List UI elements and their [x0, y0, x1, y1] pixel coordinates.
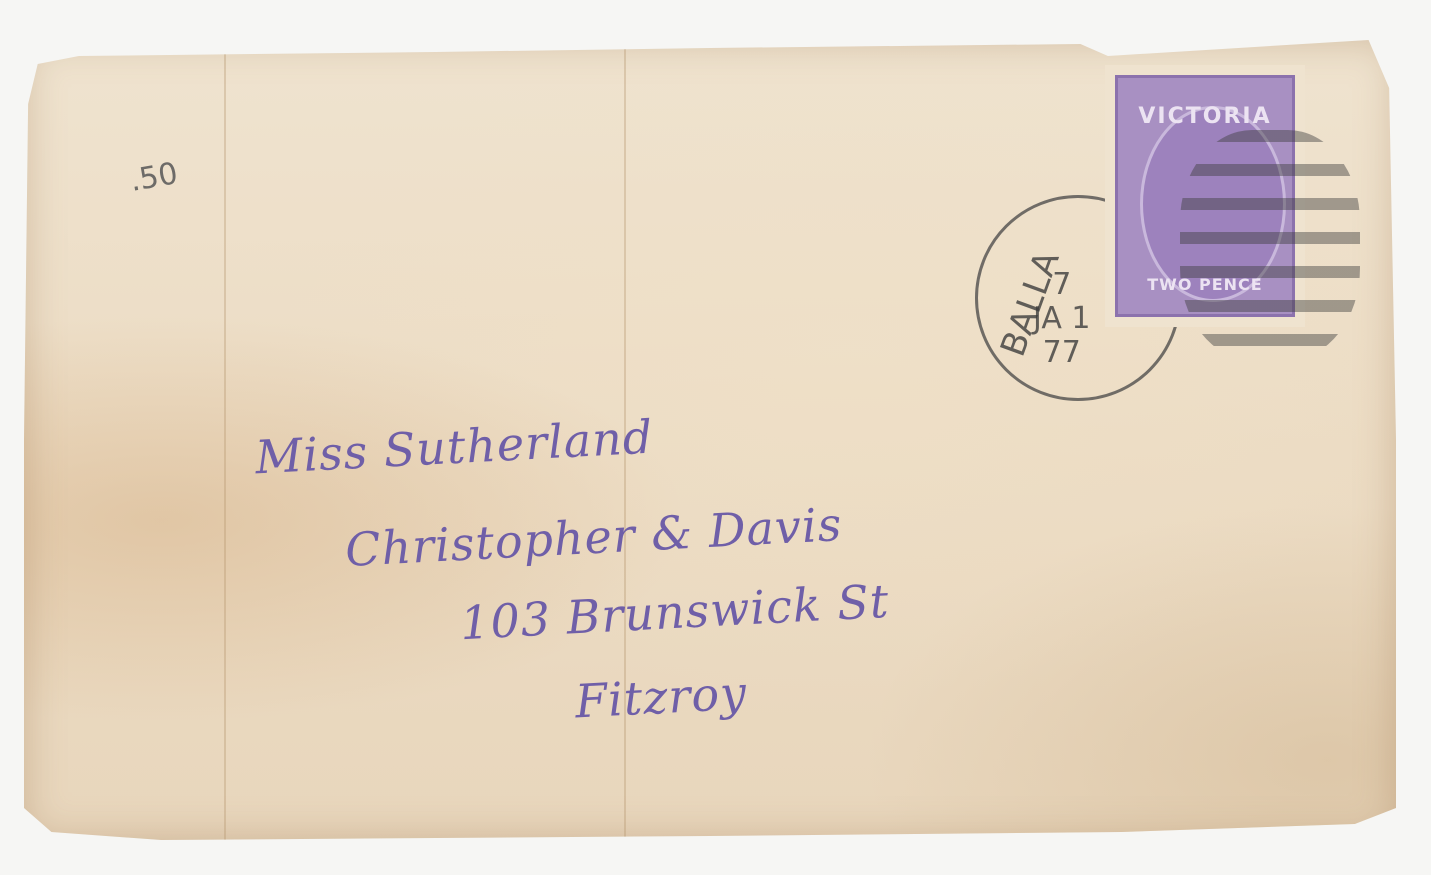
- stamp-country: VICTORIA: [1118, 104, 1292, 129]
- postmark-year: 77: [1033, 336, 1090, 370]
- postmark-month: JA 1: [1033, 302, 1090, 336]
- postmark-date: 7 JA 1 77: [1033, 268, 1090, 370]
- cancellation-bars: [1180, 130, 1360, 360]
- address-line-4: Fitzroy: [574, 666, 749, 729]
- crease: [224, 40, 226, 840]
- postmark-day: 7: [1033, 268, 1090, 302]
